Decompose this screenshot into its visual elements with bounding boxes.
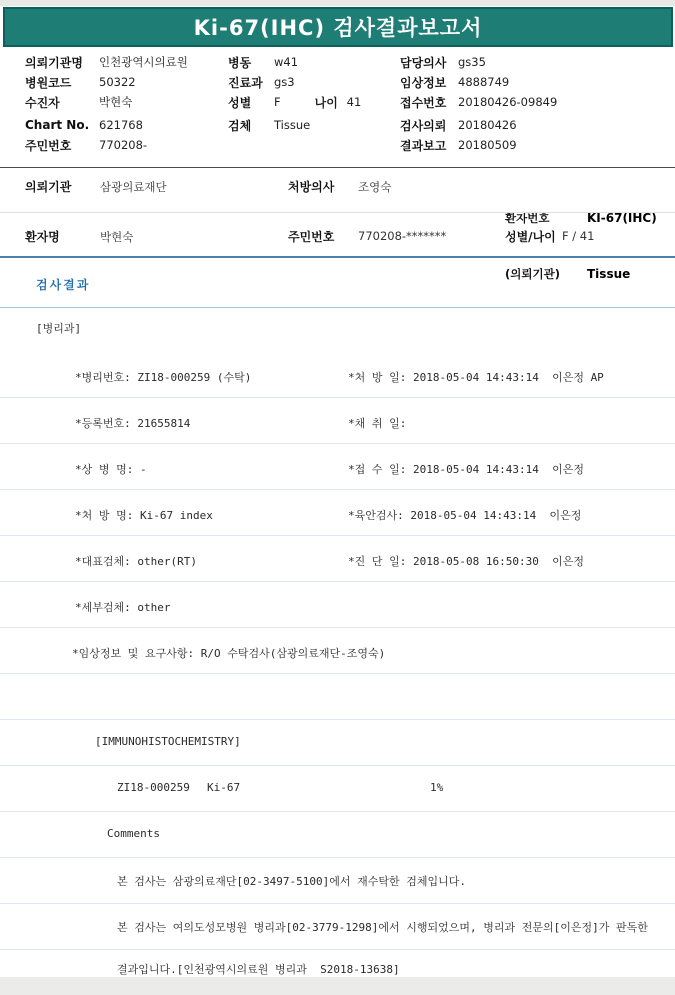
field-specimen: 검체 Tissue: [228, 115, 361, 135]
field-label: 병동: [228, 54, 274, 71]
field-value-age: 41: [347, 95, 362, 109]
comment-line: 본 검사는 여의도성모병원 병리과[02-3779-1298]에서 시행되었으며…: [117, 919, 648, 935]
field-sex-age: 성별 F 나이 41: [228, 92, 361, 112]
detail-row: *병리번호: ZI18-000259 (수탁) *처 방 일: 2018-05-…: [0, 363, 675, 409]
field-value: gs35: [458, 55, 486, 69]
sex-age-value: F / 41: [562, 229, 594, 243]
field-hospital-code: 병원코드 50322: [25, 72, 188, 92]
field-label: 의뢰기관명: [25, 54, 99, 71]
patient-no-value: KI-67(IHC) Tissue: [587, 171, 657, 321]
receipt-date: *접 수 일: 2018-05-04 14:43:14 이은정: [348, 461, 584, 477]
comments-title: Comments: [107, 827, 160, 840]
field-label: 병원코드: [25, 74, 99, 91]
field-value: 4888749: [458, 75, 509, 89]
sex-age-label: 성별/나이: [505, 228, 556, 245]
department-tag: [병리과]: [36, 320, 81, 336]
patient-name-label: 환자명: [25, 228, 60, 245]
field-value: gs3: [274, 75, 295, 89]
field-label: 접수번호: [400, 94, 458, 111]
field-value: 박현숙: [99, 94, 132, 110]
rrn-label: 주민번호: [288, 228, 334, 245]
field-resident-no: 주민번호 770208-: [25, 135, 188, 155]
field-request-date: 검사의뢰 20180426: [400, 115, 557, 135]
ihc-test-name: Ki-67: [207, 781, 240, 794]
main-specimen: *대표검체: other(RT): [75, 553, 197, 569]
field-clinical-info: 임상정보 4888749: [400, 72, 557, 92]
results-section-title: 검사결과: [36, 276, 90, 293]
physician-label: 처방의사: [288, 178, 334, 195]
field-label: 검사의뢰: [400, 117, 458, 134]
field-examinee: 수진자 박현숙: [25, 92, 188, 112]
field-department: 진료과 gs3: [228, 72, 361, 92]
referrer-value: 삼광의료재단: [100, 179, 167, 195]
order-name: *처 방 명: Ki-67 index: [75, 507, 213, 523]
detail-row: *대표검체: other(RT) *진 단 일: 2018-05-08 16:5…: [0, 547, 675, 593]
comment-line: 본 검사는 삼광의료재단[02-3497-5100]에서 재수탁한 검체입니다.: [117, 873, 466, 889]
patient-no-label: 환자번호 (의뢰기관): [505, 171, 560, 321]
field-chart-no: Chart No. 621768: [25, 115, 188, 135]
diagnosis-date: *진 단 일: 2018-05-08 16:50:30 이은정: [348, 553, 584, 569]
divider-faint: [0, 212, 675, 213]
detail-row: *상 병 명: - *접 수 일: 2018-05-04 14:43:14 이은…: [0, 455, 675, 501]
field-value: 인천광역시의료원: [99, 54, 188, 70]
ihc-result-value: 1%: [430, 781, 443, 794]
ihc-specimen-code: ZI18-000259: [117, 781, 190, 794]
registration-col-right: 담당의사 gs35 임상정보 4888749 접수번호 20180426-098…: [400, 52, 557, 155]
field-value: 621768: [99, 118, 143, 132]
detail-row: *등록번호: 21655814 *채 취 일:: [0, 409, 675, 455]
detail-row: *처 방 명: Ki-67 index *육안검사: 2018-05-04 14…: [0, 501, 675, 547]
field-value: 770208-: [99, 138, 147, 152]
field-value: 20180426: [458, 118, 517, 132]
field-label: 검체: [228, 117, 274, 134]
gross-exam-date: *육안검사: 2018-05-04 14:43:14 이은정: [348, 507, 581, 523]
field-accession-no: 접수번호 20180426-09849: [400, 92, 557, 112]
field-label: Chart No.: [25, 118, 99, 132]
field-ward: 병동 w41: [228, 52, 361, 72]
comment-line: 결과입니다.[인천광역시의료원 병리과 S2018-13638]: [117, 961, 400, 977]
field-label: 담당의사: [400, 54, 458, 71]
field-label: 임상정보: [400, 74, 458, 91]
physician-value: 조영숙: [358, 179, 391, 195]
field-report-date: 결과보고 20180509: [400, 135, 557, 155]
field-attending-doctor: 담당의사 gs35: [400, 52, 557, 72]
sub-specimen: *세부검체: other: [75, 599, 170, 615]
field-label: 주민번호: [25, 137, 99, 154]
field-label-age: 나이: [315, 94, 347, 111]
field-value: 50322: [99, 75, 136, 89]
field-value: 20180509: [458, 138, 517, 152]
ihc-section-header: [IMMUNOHISTOCHEMISTRY]: [95, 735, 241, 748]
report-banner: Ki-67(IHC) 검사결과보고서: [3, 7, 673, 47]
registration-no: *등록번호: 21655814: [75, 415, 190, 431]
registration-col-middle: 병동 w41 진료과 gs3 성별 F 나이 41 검체 Tissue: [228, 52, 361, 135]
patient-name-value: 박현숙: [100, 229, 133, 245]
field-value: 20180426-09849: [458, 95, 557, 109]
rrn-value: 770208-*******: [358, 229, 446, 243]
detail-row: *세부검체: other: [0, 593, 675, 639]
divider-light-blue: [0, 307, 675, 308]
report-title: Ki-67(IHC) 검사결과보고서: [194, 12, 483, 42]
diagnosis-name: *상 병 명: -: [75, 461, 147, 477]
field-label: 성별: [228, 94, 274, 111]
order-date: *처 방 일: 2018-05-04 14:43:14 이은정 AP: [348, 369, 604, 385]
pathology-details: *병리번호: ZI18-000259 (수탁) *처 방 일: 2018-05-…: [0, 363, 675, 639]
field-value: w41: [274, 55, 298, 69]
field-value: F: [274, 95, 281, 109]
report-page: Ki-67(IHC) 검사결과보고서 의뢰기관명 인천광역시의료원 병원코드 5…: [0, 0, 675, 995]
pathology-no: *병리번호: ZI18-000259 (수탁): [75, 369, 251, 385]
field-value: Tissue: [274, 118, 310, 132]
collection-date: *채 취 일:: [348, 415, 406, 431]
registration-col-left: 의뢰기관명 인천광역시의료원 병원코드 50322 수진자 박현숙 Chart …: [25, 52, 188, 155]
divider-blue: [0, 256, 675, 258]
scan-top-strip: [0, 0, 675, 6]
field-label: 결과보고: [400, 137, 458, 154]
divider-dark: [0, 167, 675, 168]
field-referring-org: 의뢰기관명 인천광역시의료원: [25, 52, 188, 72]
field-label: 수진자: [25, 94, 99, 111]
field-label: 진료과: [228, 74, 274, 91]
scan-bottom-strip: [0, 977, 675, 995]
referrer-label: 의뢰기관: [25, 178, 71, 195]
clinical-request-line: *임상정보 및 요구사항: R/O 수탁검사(삼광의료재단-조영숙): [72, 645, 385, 661]
